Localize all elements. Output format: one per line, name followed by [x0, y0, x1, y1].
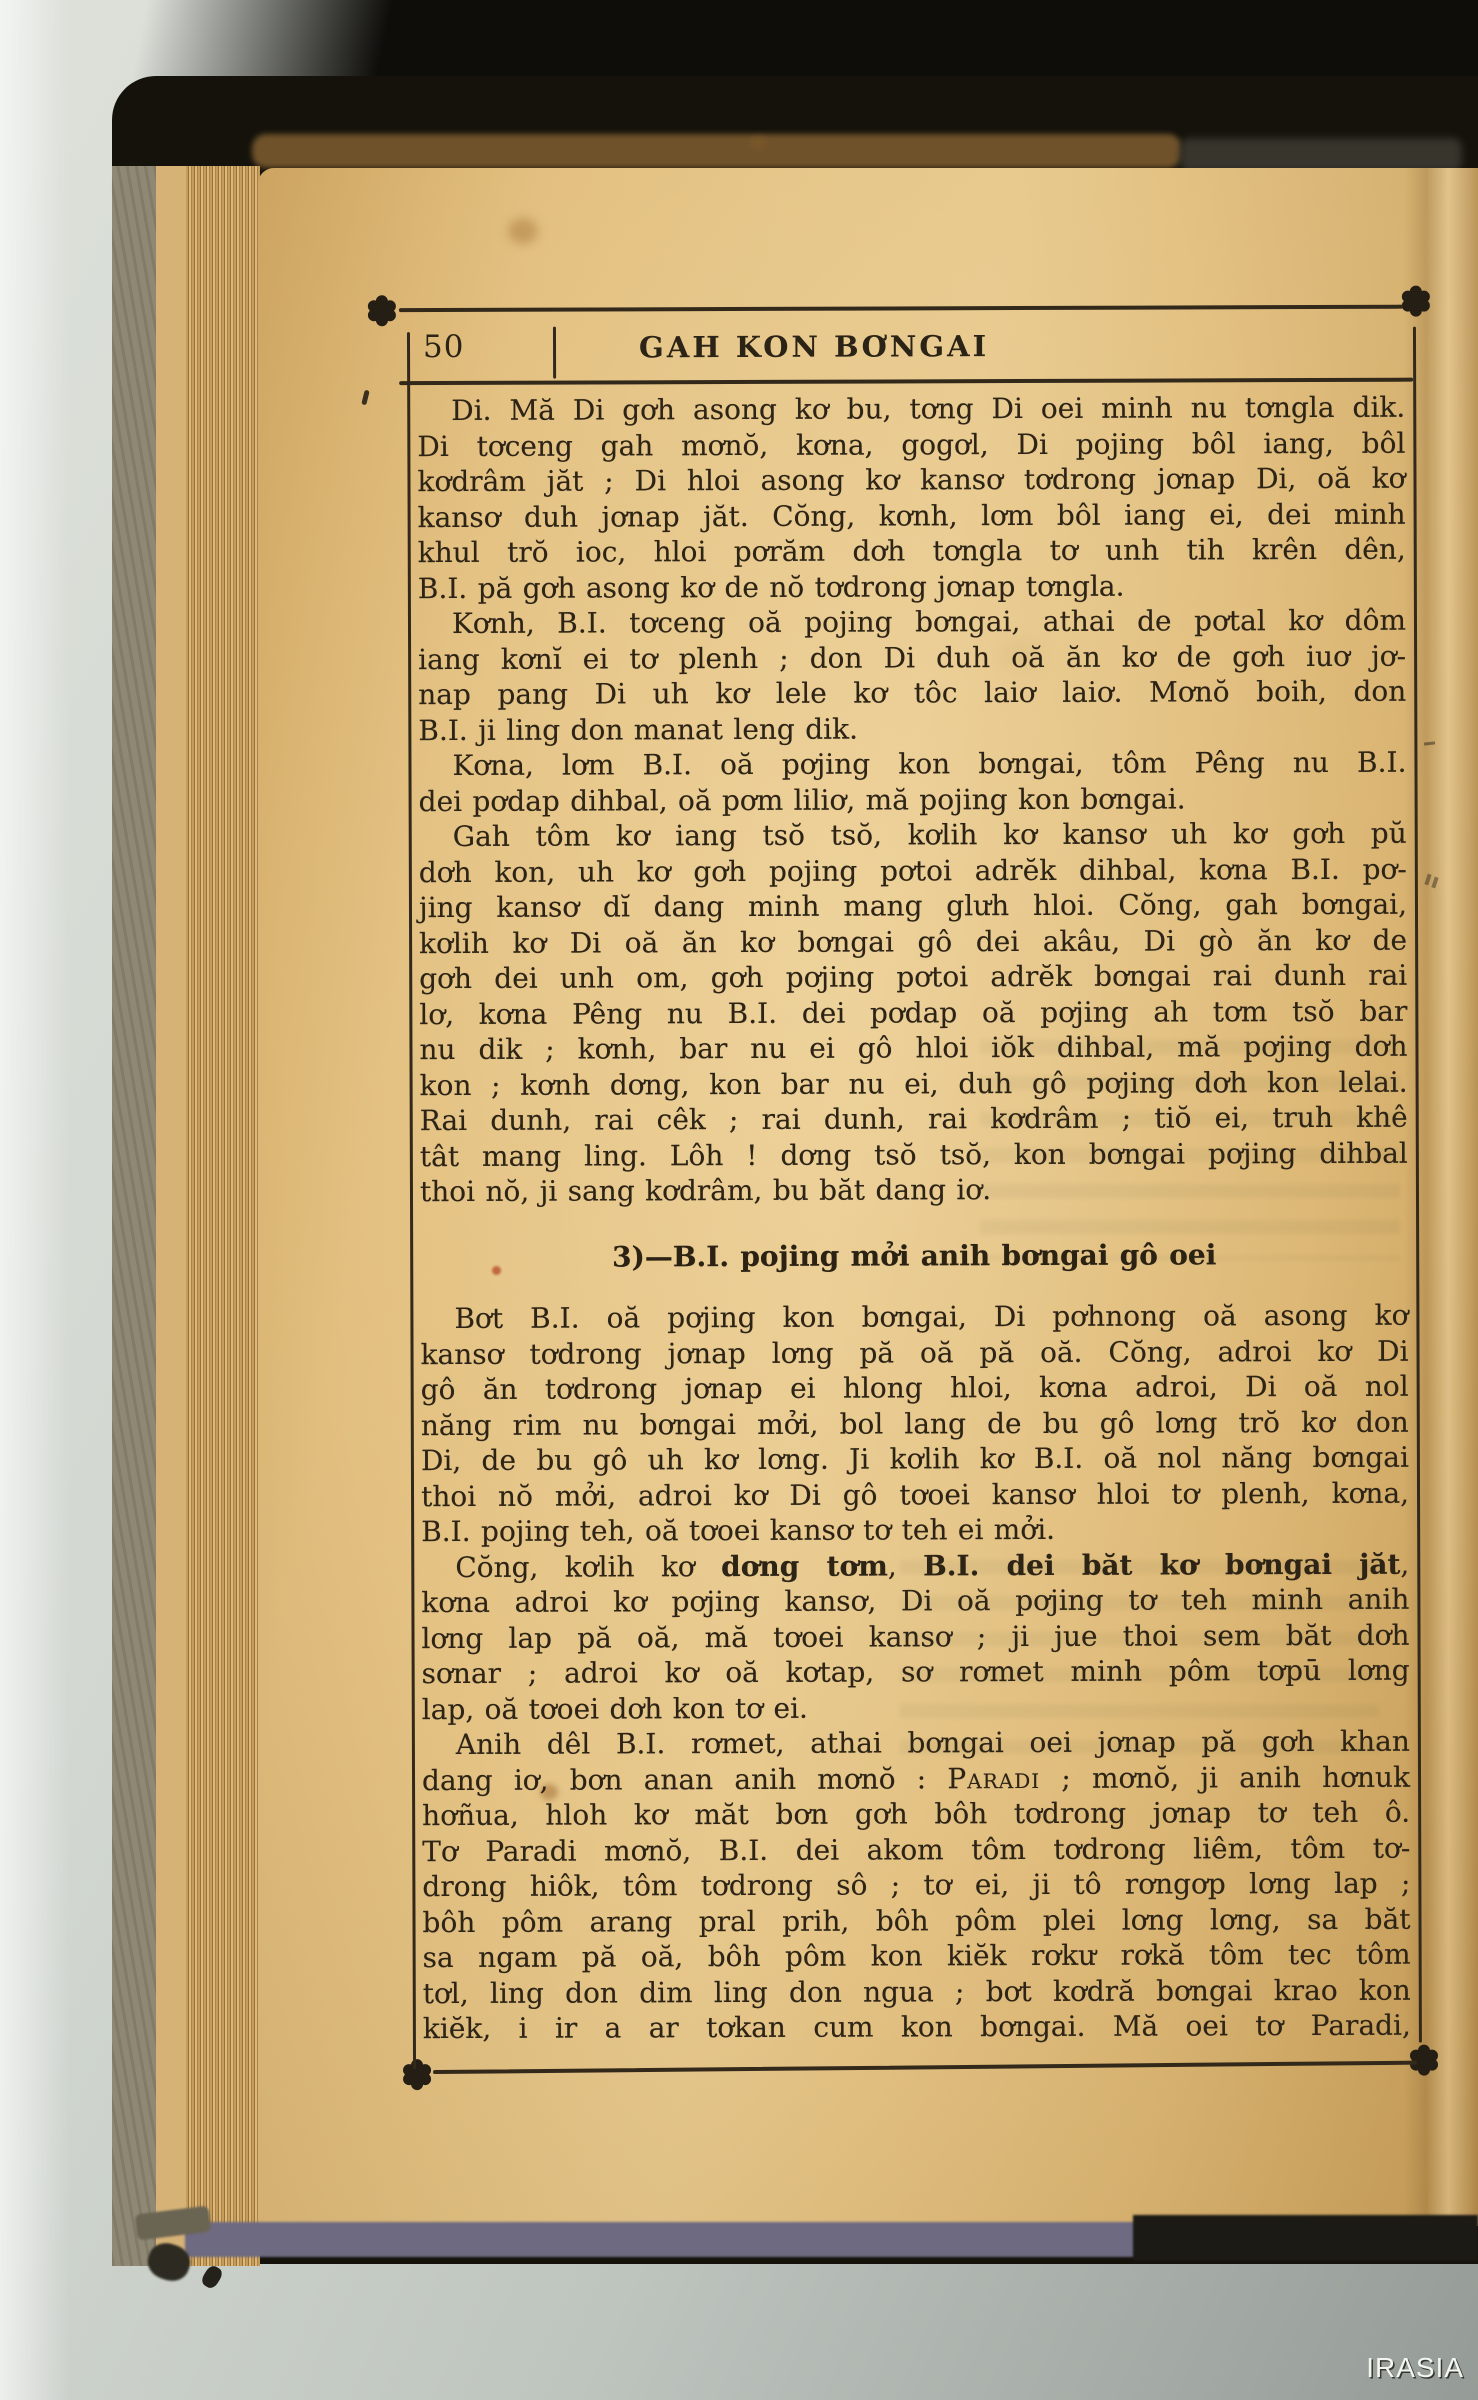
- text-line: lap, oă tơoei dơh kon tơ ei.: [422, 1688, 1410, 1727]
- printed-frame: 50 GAH KON BƠNGAI Di. Mă Di gơh asong kơ…: [0, 0, 1478, 2400]
- text-line: drong hiôk, tôm tơdrong sô ; tơ ei, ji t…: [422, 1866, 1410, 1905]
- text-line: Kơna, lơm B.I. oă pơjing kon bơngai, tôm…: [418, 745, 1406, 784]
- text-line: lơng lap pă oă, mă tơoei kansơ ; ji jue …: [421, 1617, 1409, 1656]
- paragraph: Kơna, lơm B.I. oă pơjing kon bơngai, tôm…: [418, 745, 1406, 819]
- text-line: iang kơnĭ ei tơ plenh ; don Di duh oă ăn…: [418, 638, 1406, 677]
- text-line: tơl, ling don dim ling don ngua ; bơt kơ…: [423, 1972, 1411, 2011]
- page-number: 50: [423, 329, 465, 365]
- text-line: B.I. pojing teh, oă tơoei kansơ tơ teh e…: [421, 1511, 1409, 1550]
- text-line: Bơt B.I. oă pơjing kon bơngai, Di pơhnon…: [420, 1298, 1408, 1337]
- text-line: Di, de bu gô uh kơ lơng. Ji kơlih kơ B.I…: [421, 1440, 1409, 1479]
- right-border-line: [1413, 327, 1422, 2043]
- paragraph: Di. Mă Di gơh asong kơ bu, tơng Di oei m…: [417, 390, 1406, 606]
- text-line: Tơ Paradi mơnŏ, B.I. dei akom tôm tơdron…: [422, 1830, 1410, 1869]
- text-line: Di. Mă Di gơh asong kơ bu, tơng Di oei m…: [417, 390, 1405, 429]
- text-line: gô ăn tơdrong jơnap ei hlong hloi, kơna …: [421, 1369, 1409, 1408]
- text-line: nap pang Di uh kơ lele kơ tôc laiơ laiơ.…: [418, 674, 1406, 713]
- paragraph: Bơt B.I. oă pơjing kon bơngai, Di pơhnon…: [420, 1298, 1409, 1550]
- text-line: khul trŏ ioc, hloi pơrăm dơh tơngla tơ u…: [418, 532, 1406, 571]
- text-line: kơlih kơ Di oă ăn kơ bơngai gô dei akâu,…: [419, 922, 1407, 961]
- text-line: kansơ duh jơnap jăt. Cŏng, kơnh, lơm bôl…: [418, 496, 1406, 535]
- header-separator-line: [553, 327, 556, 379]
- text-line: hơñua, hloh kơ măt bơn gơh bôh tơdrong j…: [422, 1795, 1410, 1834]
- flower-ornament-icon: [1419, 2055, 1429, 2065]
- running-header-title: GAH KON BƠNGAI: [639, 329, 989, 364]
- text-line: thoi nŏ, ji sang kơdrâm, bu băt dang iơ.: [420, 1171, 1408, 1210]
- text-line: kiĕk, i ir a ar tơkan cum kon bơngai. Mă…: [423, 2008, 1411, 2047]
- text-line: kon ; kơnh dơng, kon bar nu ei, duh gô p…: [420, 1064, 1408, 1103]
- flower-ornament-icon: [412, 2069, 422, 2079]
- text-line: Gah tôm kơ iang tsŏ tsŏ, kơlih kơ kansơ …: [419, 816, 1407, 855]
- paragraph: Anih dêl B.I. rơmet, athai bơngai oei jơ…: [422, 1724, 1411, 2047]
- paragraph: Cŏng, kơlih kơ dơng tơm, B.I. dei băt kơ…: [421, 1546, 1410, 1727]
- paragraph: Gah tôm kơ iang tsŏ tsŏ, kơlih kơ kansơ …: [419, 816, 1408, 1210]
- text-line: năng rim nu bơngai mởi, bol lang de bu g…: [421, 1404, 1409, 1443]
- text-line: sơnar ; adroi kơ oă kơtap, sơ rơmet minh…: [422, 1653, 1410, 1692]
- text-line: bôh pôm arang pral prih, bôh pôm plei lơ…: [422, 1901, 1410, 1940]
- text-line: kansơ tơdrong jơnap lơng pă oă pă oă. Cŏ…: [420, 1333, 1408, 1372]
- text-column: Di. Mă Di gơh asong kơ bu, tơng Di oei m…: [417, 390, 1411, 2047]
- text-line: dei pơdap dihbal, oă pơm liliơ, mă pojin…: [419, 780, 1407, 819]
- text-line: tât mang ling. Lôh ! dơng tsŏ tsŏ, kon b…: [420, 1135, 1408, 1174]
- text-line: Cŏng, kơlih kơ dơng tơm, B.I. dei băt kơ…: [421, 1546, 1409, 1585]
- text-line: dang iơ, bơn anan anih mơnŏ : Paradi ; m…: [422, 1759, 1410, 1798]
- top-rule: [399, 305, 1403, 313]
- text-line: gơh dei unh om, gơh pơjing pơtoi adrĕk b…: [419, 958, 1407, 997]
- text-line: kơna adroi kơ pơjing kansơ, Di oă pơjing…: [421, 1582, 1409, 1621]
- text-line: nu dik ; kơnh, bar nu ei gô hloi iŏk dih…: [419, 1029, 1407, 1068]
- flower-ornament-icon: [1411, 296, 1421, 306]
- text-line: B.I. ji ling don manat leng dik.: [418, 709, 1406, 748]
- text-line: Kơnh, B.I. tơceng oă pojing bơngai, atha…: [418, 603, 1406, 642]
- section-heading: 3)—B.I. pojing mởi anih bơngai gô oei: [420, 1236, 1408, 1275]
- text-line: Anih dêl B.I. rơmet, athai bơngai oei jơ…: [422, 1724, 1410, 1763]
- text-line: dơh kon, uh kơ gơh pojing pơtoi adrĕk di…: [419, 851, 1407, 890]
- text-line: lơ, kơna Pêng nu B.I. dei pơdap oă pơjin…: [419, 993, 1407, 1032]
- text-line: kơdrâm jăt ; Di hloi asong kơ kansơ tơdr…: [417, 461, 1405, 500]
- flower-ornament-icon: [377, 305, 387, 315]
- text-line: sa ngam pă oă, bôh pôm kon kiĕk rơkư rơk…: [423, 1937, 1411, 1976]
- watermark-label: IRASIA: [1366, 2352, 1464, 2384]
- scanned-book-photo: 50 GAH KON BƠNGAI Di. Mă Di gơh asong kơ…: [0, 0, 1478, 2400]
- text-line: B.I. pă gơh asong kơ de nŏ tơdrong jơnap…: [418, 567, 1406, 606]
- header-underline-rule: [399, 378, 1413, 386]
- text-line: Di tơceng gah mơnŏ, kơna, gogơl, Di poji…: [417, 425, 1405, 464]
- text-line: Rai dunh, rai cêk ; rai dunh, rai kơdrâm…: [420, 1100, 1408, 1139]
- text-line: jing kansơ dĭ dang minh mang glưh hloi. …: [419, 887, 1407, 926]
- paragraph: Kơnh, B.I. tơceng oă pojing bơngai, atha…: [418, 603, 1406, 748]
- left-border-line: [407, 332, 416, 2069]
- text-line: thoi nŏ mởi, adroi kơ Di gô tơoei kansơ …: [421, 1475, 1409, 1514]
- bottom-rule: [433, 2061, 1417, 2074]
